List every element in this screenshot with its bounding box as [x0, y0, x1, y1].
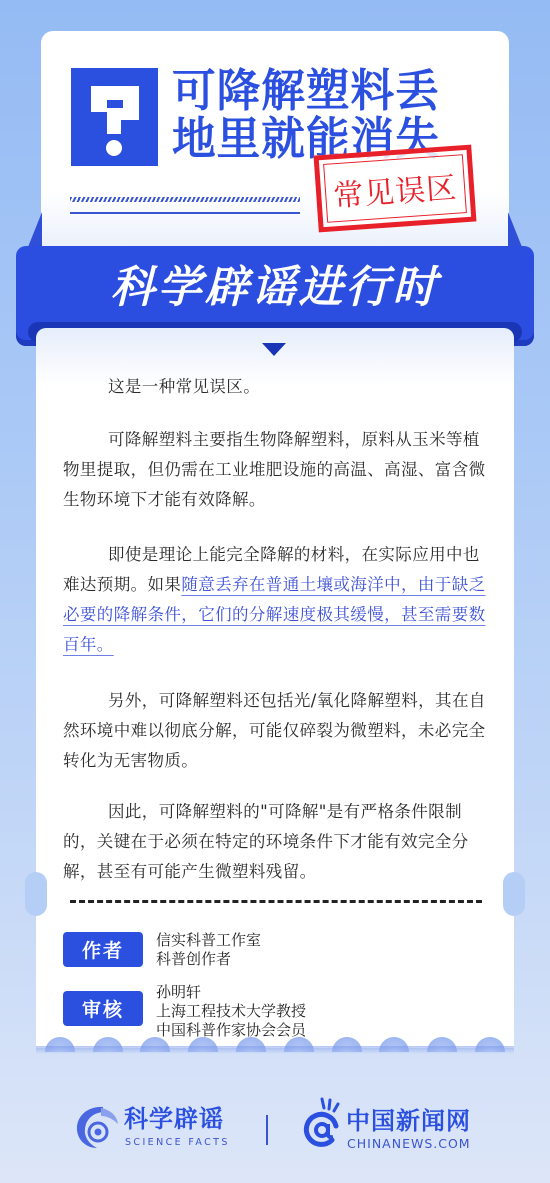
chinanews-logo[interactable]: 中国新闻网 CHINANEWS.COM — [302, 1096, 492, 1156]
stamp-text: 常见误区 — [332, 162, 459, 215]
card-bottom-shadow — [36, 1046, 514, 1054]
headline-line-1: 可降解塑料丢 — [172, 66, 440, 116]
chinanews-en: CHINANEWS.COM — [347, 1137, 471, 1151]
dashed-divider — [70, 900, 482, 903]
author-line: 信实科普工作室 — [156, 931, 261, 950]
paragraph-text: 因此，可降解塑料的"可降解"是有严格条件限制的，关键在于必须在特定的环境条件下才… — [63, 802, 469, 881]
reviewer-line: 孙明轩 — [156, 983, 306, 1002]
paragraph-text: 另外，可降解塑料还包括光/氧化降解塑料，其在自然环境中难以彻底分解，可能仅碎裂为… — [63, 691, 486, 770]
paragraph-text: 可降解塑料主要指生物降解塑料，原料从玉米等植物里提取，但仍需在工业堆肥设施的高温… — [63, 430, 486, 509]
hatch-decoration — [70, 197, 300, 202]
at-sign-icon — [302, 1096, 346, 1152]
author-badge: 作者 — [63, 932, 143, 967]
science-facts-emblem-icon — [73, 1104, 121, 1150]
reviewer-line: 上海工程技术大学教授 — [156, 1002, 306, 1021]
triangle-down-icon — [262, 343, 286, 356]
chinanews-cn: 中国新闻网 — [346, 1106, 471, 1136]
paragraph-1: 这是一种常见误区。 — [63, 372, 493, 402]
paragraph-5: 因此，可降解塑料的"可降解"是有严格条件限制的，关键在于必须在特定的环境条件下才… — [63, 797, 493, 887]
author-info: 信实科普工作室 科普创作者 — [156, 931, 261, 969]
science-facts-cn: 科学辟谣 — [124, 1104, 224, 1134]
logo-divider — [266, 1115, 268, 1145]
ticket-notch-right — [503, 872, 525, 916]
paragraph-4: 另外，可降解塑料还包括光/氧化降解塑料，其在自然环境中难以彻底分解，可能仅碎裂为… — [63, 686, 493, 776]
reviewer-badge: 审核 — [63, 991, 143, 1026]
banner-title: 科学辟谣进行时 — [0, 260, 550, 316]
title-underline — [70, 212, 300, 214]
author-line: 科普创作者 — [156, 950, 261, 969]
question-mark-icon — [71, 68, 158, 166]
science-facts-logo[interactable]: 科学辟谣 SCIENCE FACTS — [73, 1104, 243, 1154]
stamp-inner-border: 常见误区 — [323, 154, 467, 223]
paragraph-3: 即使是理论上能完全降解的材料，在实际应用中也难达预期。如果随意丢弃在普通土壤或海… — [63, 540, 493, 660]
paragraph-2: 可降解塑料主要指生物降解塑料，原料从玉米等植物里提取，但仍需在工业堆肥设施的高温… — [63, 425, 493, 515]
paragraph-text: 这是一种常见误区。 — [108, 377, 260, 396]
ticket-notch-left — [25, 872, 47, 916]
myth-stamp: 常见误区 — [314, 145, 477, 233]
science-facts-en: SCIENCE FACTS — [125, 1137, 230, 1149]
